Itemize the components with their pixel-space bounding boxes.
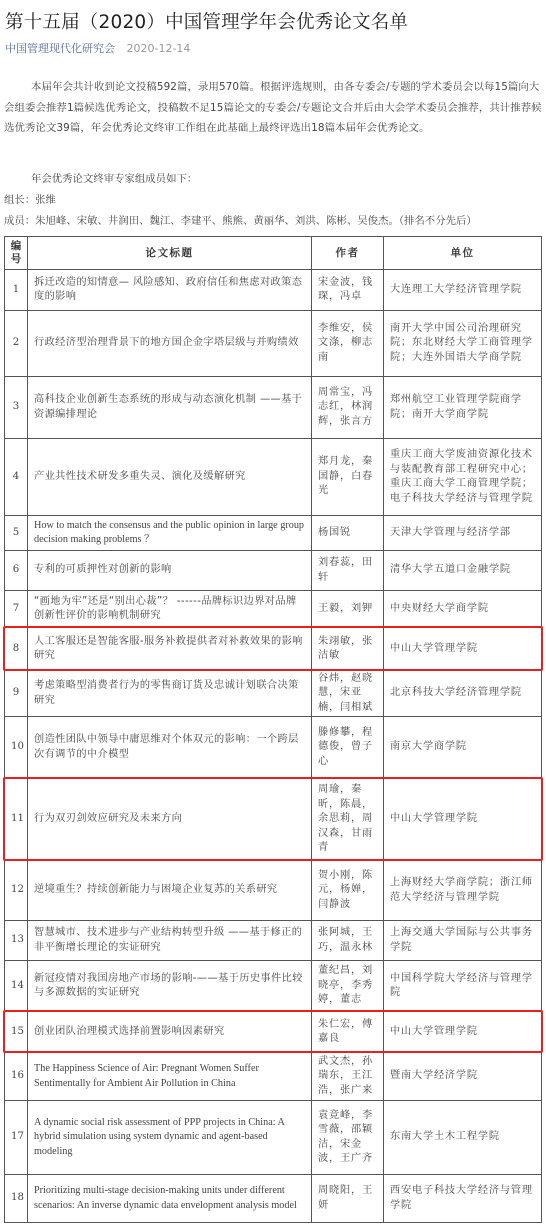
article-meta: 中国管理现代化研究会 2020-12-14	[5, 40, 190, 56]
paper-unit: 中央财经大学商学院	[384, 591, 542, 628]
table-row: 7“画地为牢”还是“别出心裁”？ ------品牌标识边界对品牌创新性评价的影响…	[5, 591, 542, 628]
paper-title: 专利的可质押性对创新的影响	[28, 551, 312, 591]
table-row: 2行政经济型治理背景下的地方国企金字塔层级与并购绩效李维安，侯文涤，柳志南南开大…	[5, 311, 542, 377]
paper-unit: 郑州航空工业管理学院商学院；南开大学商学院	[384, 377, 542, 439]
paper-unit: 大连理工大学经济管理学院	[384, 270, 542, 311]
paper-unit: 天津大学管理与经济学部	[384, 516, 542, 551]
row-number: 10	[5, 717, 28, 779]
paper-unit: 上海交通大学国际与公共事务学院	[384, 921, 542, 961]
table-row: 13智慧城市、技术进步与产业结构转型升级 ——基于修正的非平衡增长理论的实证研究…	[5, 921, 542, 961]
header-no: 编号	[5, 237, 28, 270]
paper-unit: 上海财经大学商学院；浙江师范大学经济与管理学院	[384, 861, 542, 921]
paper-authors: 武文杰，孙瑞东，王江浩，张广来	[312, 1053, 384, 1101]
paper-unit: 南开大学中国公司治理研究院；东北财经大学工商管理学院；大连外国语大学商学院	[384, 311, 542, 377]
row-number: 9	[5, 671, 28, 717]
paper-unit: 中山大学管理学院	[384, 628, 542, 671]
paper-title: How to match the consensus and the publi…	[28, 516, 312, 551]
row-number: 5	[5, 516, 28, 551]
table-header-row: 编号 论文标题 作者 单位	[5, 237, 542, 270]
row-number: 3	[5, 377, 28, 439]
table-row: 12逆境重生？持续创新能力与困境企业复苏的关系研究贺小刚，陈元，杨婵，闫静波上海…	[5, 861, 542, 921]
table-row: 18Prioritizing multi-stage decision-maki…	[5, 1175, 542, 1223]
row-number: 2	[5, 311, 28, 377]
paper-title: The Happiness Science of Air: Pregnant W…	[28, 1053, 312, 1101]
paper-authors: 宋金波，钱琛，冯卓	[312, 270, 384, 311]
paper-title: 创造性团队中领导中庸思维对个体双元的影响：一个跨层次有调节的中介模型	[28, 717, 312, 779]
paper-authors: 王毅，刘钾	[312, 591, 384, 628]
paper-title: “画地为牢”还是“别出心裁”？ ------品牌标识边界对品牌创新性评价的影响机…	[28, 591, 312, 628]
paper-authors: 滕修攀，程德俊，曾子心	[312, 717, 384, 779]
paper-unit: 清华大学五道口金融学院	[384, 551, 542, 591]
committee-members: 成员：朱旭峰、宋敏、井润田、魏江、李建平、熊熊、黄丽华、刘洪、陈彬、吴俊杰。（排…	[4, 211, 542, 232]
table-row: 17A dynamic social risk assessment of PP…	[5, 1101, 542, 1175]
paper-title: 新冠疫情对我国房地产市场的影响-——基于历史事件比较与多源数据的实证研究	[28, 961, 312, 1012]
committee-intro: 年会优秀论文终审专家组成员如下：	[4, 169, 542, 190]
header-authors: 作者	[312, 237, 384, 270]
paper-unit: 暨南大学经济学院	[384, 1053, 542, 1101]
row-number: 13	[5, 921, 28, 961]
paper-title: A dynamic social risk assessment of PPP …	[28, 1101, 312, 1175]
paper-unit: 重庆工商大学废油资源化技术与装配教育部工程研究中心；重庆工商大学工商管理学院；电…	[384, 439, 542, 516]
row-number: 7	[5, 591, 28, 628]
paper-title: 考虑策略型消费者行为的零售商订货及忠诚计划联合决策研究	[28, 671, 312, 717]
row-number: 12	[5, 861, 28, 921]
award-papers-table: 编号 论文标题 作者 单位 1拆迁改造的知情意— 风险感知、政府信任和焦虑对政策…	[4, 236, 542, 1223]
article-title: 第十五届（2020）中国管理学年会优秀论文名单	[5, 8, 408, 34]
paper-title: Prioritizing multi-stage decision-making…	[28, 1175, 312, 1223]
paper-authors: 谷炜，赵晓慧，宋亚楠，闫相斌	[312, 671, 384, 717]
paper-authors: 杨国锐	[312, 516, 384, 551]
paper-authors: 刘春蕊，田轩	[312, 551, 384, 591]
table-row: 16The Happiness Science of Air: Pregnant…	[5, 1053, 542, 1101]
paper-title: 智慧城市、技术进步与产业结构转型升级 ——基于修正的非平衡增长理论的实证研究	[28, 921, 312, 961]
source-account-link[interactable]: 中国管理现代化研究会	[5, 42, 115, 55]
paper-authors: 周瑜，秦昕，陈晨，余思莉，周汉森，甘雨青	[312, 779, 384, 861]
paper-title: 创业团队治理模式选择前置影响因素研究	[28, 1012, 312, 1053]
paper-unit: 中山大学管理学院	[384, 779, 542, 861]
row-number: 15	[5, 1012, 28, 1053]
table-row: 8人工客服还是智能客服-服务补救提供者对补救效果的影响研究朱翊敏，张洁敏中山大学…	[5, 628, 542, 671]
row-number: 18	[5, 1175, 28, 1223]
intro-paragraph: 本届年会共计收到论文投稿592篇，录用570篇。根据评选规则，由各专委会/专题的…	[4, 77, 542, 139]
paper-unit: 西安电子科技大学经济与管理学院	[384, 1175, 542, 1223]
paper-unit: 南京大学商学院	[384, 717, 542, 779]
table-row: 11行为双刃剑效应研究及未来方向周瑜，秦昕，陈晨，余思莉，周汉森，甘雨青中山大学…	[5, 779, 542, 861]
paper-authors: 贺小刚，陈元，杨婵，闫静波	[312, 861, 384, 921]
table-row: 9考虑策略型消费者行为的零售商订货及忠诚计划联合决策研究谷炜，赵晓慧，宋亚楠，闫…	[5, 671, 542, 717]
table-row: 14新冠疫情对我国房地产市场的影响-——基于历史事件比较与多源数据的实证研究董纪…	[5, 961, 542, 1012]
paper-title: 人工客服还是智能客服-服务补救提供者对补救效果的影响研究	[28, 628, 312, 671]
paper-title: 行政经济型治理背景下的地方国企金字塔层级与并购绩效	[28, 311, 312, 377]
row-number: 4	[5, 439, 28, 516]
committee-leader: 组长：张维	[4, 190, 542, 211]
paper-authors: 朱仁宏，傅嘉良	[312, 1012, 384, 1053]
paper-authors: 张阿城，王巧，温永林	[312, 921, 384, 961]
row-number: 6	[5, 551, 28, 591]
row-number: 16	[5, 1053, 28, 1101]
table-row: 1拆迁改造的知情意— 风险感知、政府信任和焦虑对政策态度的影响宋金波，钱琛，冯卓…	[5, 270, 542, 311]
paper-authors: 董纪昌，刘晓亭，李秀婷，董志	[312, 961, 384, 1012]
table-row: 4产业共性技术研发多重失灵、演化及缓解研究郑月龙，秦国静，白春光重庆工商大学废油…	[5, 439, 542, 516]
paper-authors: 朱翊敏，张洁敏	[312, 628, 384, 671]
paper-unit: 中山大学管理学院	[384, 1012, 542, 1053]
row-number: 8	[5, 628, 28, 671]
header-unit: 单位	[384, 237, 542, 270]
paper-unit: 中国科学院大学经济与管理学院	[384, 961, 542, 1012]
publish-date: 2020-12-14	[127, 42, 191, 55]
table-row: 5How to match the consensus and the publ…	[5, 516, 542, 551]
paper-title: 高科技企业创新生态系统的形成与动态演化机制 ——基于资源编排理论	[28, 377, 312, 439]
row-number: 14	[5, 961, 28, 1012]
table-row: 15创业团队治理模式选择前置影响因素研究朱仁宏，傅嘉良中山大学管理学院	[5, 1012, 542, 1053]
paper-authors: 袁竞峰，李雪薇，邵颖洁，宋金波，王广齐	[312, 1101, 384, 1175]
row-number: 1	[5, 270, 28, 311]
paper-authors: 李维安，侯文涤，柳志南	[312, 311, 384, 377]
paper-title: 逆境重生？持续创新能力与困境企业复苏的关系研究	[28, 861, 312, 921]
table-row: 10创造性团队中领导中庸思维对个体双元的影响：一个跨层次有调节的中介模型滕修攀，…	[5, 717, 542, 779]
row-number: 11	[5, 779, 28, 861]
paper-authors: 郑月龙，秦国静，白春光	[312, 439, 384, 516]
row-number: 17	[5, 1101, 28, 1175]
paper-title: 行为双刃剑效应研究及未来方向	[28, 779, 312, 861]
header-title: 论文标题	[28, 237, 312, 270]
paper-unit: 北京科技大学经济管理学院	[384, 671, 542, 717]
paper-title: 拆迁改造的知情意— 风险感知、政府信任和焦虑对政策态度的影响	[28, 270, 312, 311]
table-row: 6专利的可质押性对创新的影响刘春蕊，田轩清华大学五道口金融学院	[5, 551, 542, 591]
table-row: 3高科技企业创新生态系统的形成与动态演化机制 ——基于资源编排理论周常宝，冯志红…	[5, 377, 542, 439]
paper-authors: 周晓阳，王妍	[312, 1175, 384, 1223]
paper-unit: 东南大学土木工程学院	[384, 1101, 542, 1175]
paper-title: 产业共性技术研发多重失灵、演化及缓解研究	[28, 439, 312, 516]
paper-authors: 周常宝，冯志红，林润辉，张言方	[312, 377, 384, 439]
